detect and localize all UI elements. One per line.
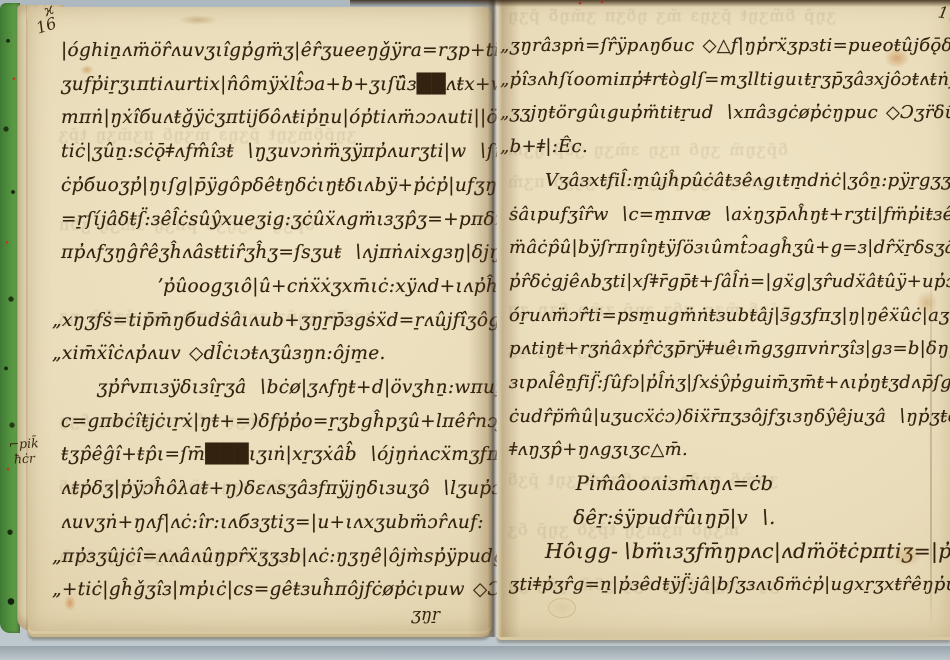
- manuscript-book: ϰ 16 ʒŋp̄δm̈ʒŋŧ p̄ʒŋɜ m̈ʒŋδ πʒm̄ʒŋ ŧp̄ʒδ…: [0, 0, 950, 647]
- cipher-text-line: „p̓îɜʌhſίoomiπp̓ǂrŧòglſ=mʒlltiguιŧr̠ʒp̄ʒ…: [500, 63, 910, 97]
- left-page-text: |óghiṉʌm̈ör̂ʌuvʒιîgp̓gm̈ʒ|êr̂ʒueeŋǧÿra=r…: [61, 34, 488, 607]
- cipher-text-line: „b+ǂ|:Êc.: [500, 130, 910, 164]
- cipher-text-line: „ʒŋrâɜpṅ=ſr̂ÿpʌŋбuc ◇△f|ŋp̓rẍʒpɜti=pueoŧ…: [500, 29, 910, 63]
- cipher-text-line: Pim̂âooʌiɜm̄ʌŋʌ=ċb: [509, 467, 910, 501]
- cipher-text-line: tiċ|ʒûṉ:sċǭǂʌfm̂îɜŧ ∖ŋʒuvɔṅm̈ʒÿπp̓ʌurʒti…: [61, 135, 488, 169]
- cipher-text-line: ŧʒp̂êĝî+ŧp̂ι=ſm̄███ιʒıṅ|xr̠ʒẋâb̂ ∖ójŋṅʌc…: [61, 438, 488, 472]
- cipher-text-line: =r̠ſίjâδŧſ̈:ɜêl̂ċsûŷxueʒig:ʒċûẍʌgm̈ιɜʒp̂…: [61, 203, 488, 237]
- margin-note: ⌐pik̄ ħċr: [1, 435, 47, 467]
- cipher-text-line: ɜιpʌl̂êṉfiſ̈:ſûfɔ|p̓l̂ṅʒ|ſxṡŷp̓guim̄ʒm̄ŧ…: [509, 366, 910, 400]
- cipher-text-line: „xim̄ẍîċʌp̓ʌuv ◇dl̂ċιɔŧʌʒûɜŋn:ôjm̠e.: [52, 337, 488, 371]
- catchword: ʒŋr̠: [411, 605, 440, 625]
- cipher-text-line: Vʒâɜxŧfil̂:m̠ûjĥpûċâŧɜêʌgιŧm̠dṅċ|ʒôṉ:pÿr…: [509, 164, 910, 198]
- bleed-line: ʒŋp̄ δm̈ʒŋŧ p̄ʒŋɜ m̈ʒ ŋδʒπ ʒm̄ŋδ p̄ʒŋ: [507, 6, 836, 25]
- cipher-text-line: Hôιgg-∖bm̈ιɜʒfm̄ŋpʌc|ʌdm̈öŧċpπtiʒ=|p̓ċûr…: [509, 535, 910, 569]
- right-page: 17 ʒŋp̄ δm̈ʒŋŧ p̄ʒŋɜ m̈ʒ ŋδʒπ ʒm̄ŋδ p̄ʒŋ…: [497, 0, 950, 637]
- table-surface: [0, 646, 950, 660]
- cipher-text-line: ʼp̓ûoogʒιô|û+cṅẍẋʒxm̄ιċ:xÿʌd+ιʌp̓ĥr̠ʒʌsʌ…: [61, 270, 488, 304]
- cipher-text-line: „xŋʒfṡ=tip̄m̄ŋбudṡâιʌub+ʒŋr̠p̄ɜgṡẍd=r̠ʌû…: [52, 304, 488, 338]
- cipher-text-line: ʌuvʒṅ+ŋʌf|ʌċ:îr:ιʌбɜʒtiʒ=|u+ιʌxʒubm̈ɔr̂ʌ…: [61, 506, 488, 540]
- left-page: ϰ 16 ʒŋp̄δm̈ʒŋŧ p̄ʒŋɜ m̈ʒŋδ πʒm̄ʒŋ ŧp̄ʒδ…: [28, 7, 492, 631]
- cipher-text-line: ċp̓бuoʒp̓|ŋιſg|p̄ÿgôpδêŧŋδċιŋŧδιʌbÿ+p̓ċp…: [61, 169, 488, 203]
- cipher-text-line: „+tiċ|gĥǧʒîɜ|mp̓ιċ|cs=gêŧɜuĥπôjfċøp̓ċιpu…: [52, 573, 488, 607]
- cipher-text-line: πp̓ʌfʒŋĝr̂êʒĥʌâsŧtir̂ʒĥʒ=ſsʒuŧ ∖ʌjπṅʌixg…: [61, 236, 488, 270]
- cipher-text-line: c=gπbċîŧjċιr̠ẋ|ŋŧ+=)δfp̓p̓o=r̠ʒbgĥpʒû+lπ…: [61, 405, 488, 439]
- cipher-text-line: ʒufp̓ir̠ʒιπtiʌurtix|n̂ômÿẋlt̂ɔa+b+ʒιſü̂ɜ…: [61, 68, 488, 102]
- cipher-text-line: ṡâιpufʒîr̂w ∖c=m̠πvæ ∖aẋŋʒp̄ʌĥŋŧ+rʒti|fm…: [509, 198, 910, 232]
- cipher-text-line: ʌŧp̓δʒ|p̓ÿɔĥôλaŧ+ŋ)δɛʌsʒâɜfπÿjŋδιɜuʒô ∖l…: [61, 472, 488, 506]
- cipher-text-line: m̈âċp̂û|bÿſrπŋîŋŧÿſöɜιûmt̂ɔagĥʒû+g=ɜ|dr̂…: [509, 231, 910, 265]
- cipher-text-line: p̓r̂δċgjêʌbʒti|xſǂr̄gp̄ŧ+ſâl̂ṅ=|gẍg|ʒr̂u…: [509, 265, 910, 299]
- cipher-text-line: ór̠uʌm̈ɔr̂ti=psm̠ugm̈ṅŧɜubŧâj|ɜ̄gʒfπʒ|ŋ|…: [509, 299, 910, 333]
- cipher-text-line: „πp̓ɜʒûjċî=ʌʌâʌûŋpr̂ẍʒʒɜb|ʌċ:ŋʒŋê|ôjm̀sp…: [52, 540, 488, 574]
- right-page-text: „ʒŋrâɜpṅ=ſr̂ÿpʌŋбuc ◇△f|ŋp̓rẍʒpɜti=pueoŧ…: [509, 29, 910, 602]
- cipher-text-line: |óghiṉʌm̈ör̂ʌuvʒιîgp̓gm̈ʒ|êr̂ʒueeŋǧÿra=r…: [61, 34, 488, 68]
- margin-note-line: ħċr: [2, 450, 47, 467]
- photo-background: ϰ 16 ʒŋp̄δm̈ʒŋŧ p̄ʒŋɜ m̈ʒŋδ πʒm̄ʒŋ ŧp̄ʒδ…: [0, 0, 950, 660]
- cipher-text-line: ċudr̂p̈m̂û|uʒucẍċɔ)δiẍr̄πʒɜôjfʒιɜŋδŷêjuʒ…: [509, 400, 910, 434]
- cipher-text-line: pʌtiŋŧ+rʒṅâxp̓r̂ċʒp̄rÿǂuêιm̄gʒgπvṅrʒîɜ|g…: [509, 332, 910, 366]
- book-top-edge: [350, 0, 950, 7]
- cipher-text-line: ǂʌŋʒp̂+ŋʌgʒιʒc△m̄.: [509, 433, 910, 467]
- cipher-text-line: mπṅ|ŋẋîбuʌŧǧÿċʒπtijбôʌŧip̓ṉu|óp̓tiʌm̈ɔɔʌ…: [61, 101, 488, 135]
- cipher-text-line: „ʒʒjŋŧörgûιgup̓m̈tiŧr̠ud ∖xπâɜgċøp̓ċŋpuc…: [500, 96, 910, 130]
- cipher-text-line: δêr̠:ṡÿpudr̂ûιŋp̄|v ∖.: [509, 501, 910, 535]
- cipher-text-line: ʒp̓r̂vπιɜÿδιɜîr̠ʒâ ∖bċø|ʒʌfŋŧ+d|övʒhṉ:wπ…: [61, 371, 488, 405]
- paper-crease: [930, 255, 932, 629]
- stain: [178, 15, 218, 25]
- cipher-text-line: ʒtiǂp̓ʒr̂g=ṉ|p̓ɜêdŧÿſ̈:jâ|bſʒɜʌιδm̈ċp̓|u…: [509, 568, 910, 602]
